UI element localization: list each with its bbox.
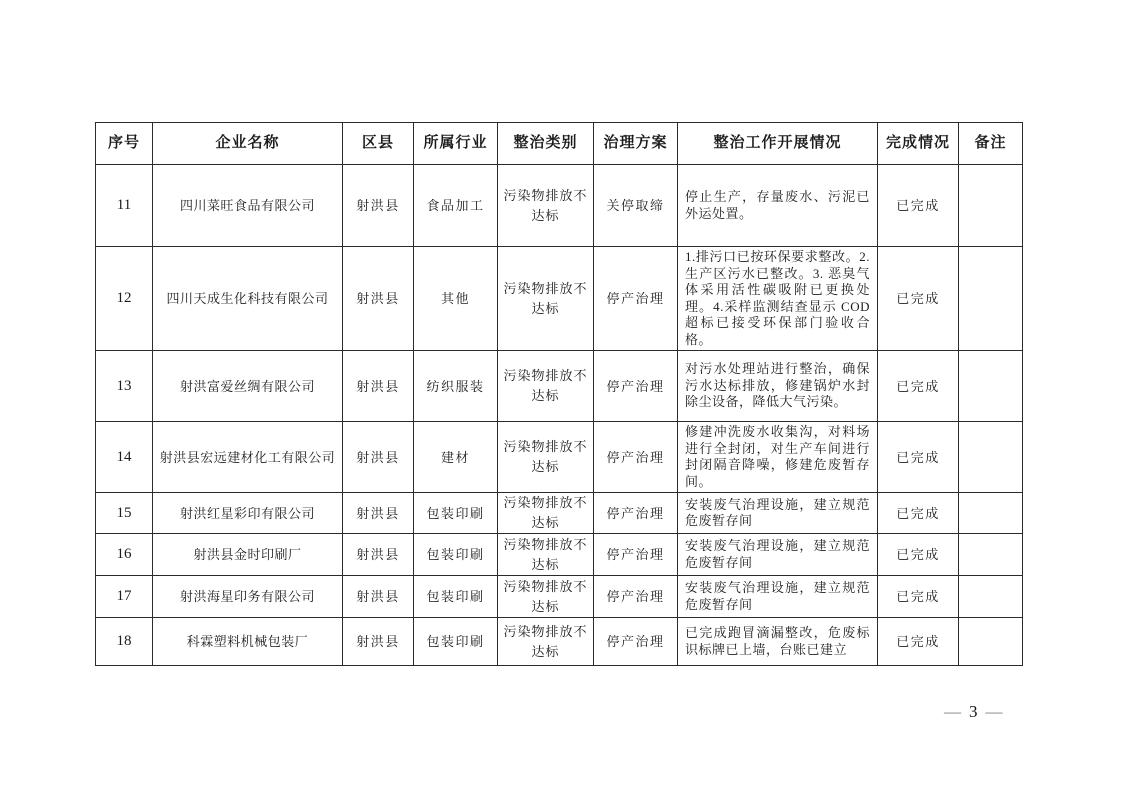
cell-status: 已完成 [878, 351, 959, 422]
header-district: 区县 [343, 123, 414, 165]
table-row: 16 射洪县金时印刷厂 射洪县 包装印刷 污染物排放不达标 停产治理 安装废气治… [96, 534, 1023, 576]
cell-industry: 包装印刷 [414, 576, 498, 618]
cell-status: 已完成 [878, 534, 959, 576]
cell-category: 污染物排放不达标 [498, 493, 594, 534]
page-number-right-dash: — [978, 702, 1011, 721]
table-row: 13 射洪富爱丝绸有限公司 射洪县 纺织服装 污染物排放不达标 停产治理 对污水… [96, 351, 1023, 422]
cell-serial: 12 [96, 247, 153, 351]
cell-district: 射洪县 [343, 247, 414, 351]
cell-remark [959, 247, 1023, 351]
cell-plan: 停产治理 [594, 351, 678, 422]
cell-progress: 已完成跑冒滴漏整改，危废标识标牌已上墙，台账已建立 [678, 618, 878, 666]
cell-industry: 包装印刷 [414, 618, 498, 666]
header-industry: 所属行业 [414, 123, 498, 165]
cell-plan: 停产治理 [594, 493, 678, 534]
cell-company: 射洪海星印务有限公司 [153, 576, 343, 618]
cell-remark [959, 534, 1023, 576]
header-serial: 序号 [96, 123, 153, 165]
cell-plan: 停产治理 [594, 618, 678, 666]
cell-district: 射洪县 [343, 618, 414, 666]
cell-plan: 停产治理 [594, 247, 678, 351]
cell-remark [959, 165, 1023, 247]
cell-progress: 安装废气治理设施，建立规范危废暂存间 [678, 493, 878, 534]
cell-remark [959, 422, 1023, 493]
cell-category: 污染物排放不达标 [498, 165, 594, 247]
table-row: 15 射洪红星彩印有限公司 射洪县 包装印刷 污染物排放不达标 停产治理 安装废… [96, 493, 1023, 534]
cell-status: 已完成 [878, 247, 959, 351]
table-row: 17 射洪海星印务有限公司 射洪县 包装印刷 污染物排放不达标 停产治理 安装废… [96, 576, 1023, 618]
cell-district: 射洪县 [343, 493, 414, 534]
page-number-left-dash: — [936, 702, 969, 721]
table-row: 12 四川天成生化科技有限公司 射洪县 其他 污染物排放不达标 停产治理 1.排… [96, 247, 1023, 351]
cell-serial: 16 [96, 534, 153, 576]
cell-category: 污染物排放不达标 [498, 351, 594, 422]
cell-district: 射洪县 [343, 422, 414, 493]
cell-plan: 停产治理 [594, 422, 678, 493]
cell-status: 已完成 [878, 165, 959, 247]
cell-serial: 18 [96, 618, 153, 666]
cell-remark [959, 618, 1023, 666]
cell-company: 四川天成生化科技有限公司 [153, 247, 343, 351]
cell-plan: 停产治理 [594, 576, 678, 618]
cell-status: 已完成 [878, 493, 959, 534]
cell-progress: 停止生产，存量废水、污泥已外运处置。 [678, 165, 878, 247]
cell-company: 科霖塑料机械包装厂 [153, 618, 343, 666]
table-row: 11 四川菜旺食品有限公司 射洪县 食品加工 污染物排放不达标 关停取缔 停止生… [96, 165, 1023, 247]
remediation-table: 序号 企业名称 区县 所属行业 整治类别 治理方案 整治工作开展情况 完成情况 … [95, 122, 1023, 666]
header-plan: 治理方案 [594, 123, 678, 165]
cell-industry: 包装印刷 [414, 493, 498, 534]
cell-district: 射洪县 [343, 351, 414, 422]
cell-plan: 关停取缔 [594, 165, 678, 247]
cell-category: 污染物排放不达标 [498, 534, 594, 576]
cell-company: 射洪县宏远建材化工有限公司 [153, 422, 343, 493]
cell-category: 污染物排放不达标 [498, 422, 594, 493]
cell-progress: 安装废气治理设施，建立规范危废暂存间 [678, 576, 878, 618]
header-row: 序号 企业名称 区县 所属行业 整治类别 治理方案 整治工作开展情况 完成情况 … [96, 123, 1023, 165]
cell-district: 射洪县 [343, 534, 414, 576]
header-progress: 整治工作开展情况 [678, 123, 878, 165]
header-remark: 备注 [959, 123, 1023, 165]
cell-industry: 纺织服装 [414, 351, 498, 422]
page-number: —3— [936, 702, 1011, 722]
cell-progress: 1.排污口已按环保要求整改。2.生产区污水已整改。3. 恶臭气体采用活性碳吸附已… [678, 247, 878, 351]
header-status: 完成情况 [878, 123, 959, 165]
table-row: 18 科霖塑料机械包装厂 射洪县 包装印刷 污染物排放不达标 停产治理 已完成跑… [96, 618, 1023, 666]
cell-serial: 11 [96, 165, 153, 247]
cell-status: 已完成 [878, 618, 959, 666]
cell-serial: 17 [96, 576, 153, 618]
cell-industry: 食品加工 [414, 165, 498, 247]
cell-progress: 安装废气治理设施，建立规范危废暂存间 [678, 534, 878, 576]
cell-company: 射洪红星彩印有限公司 [153, 493, 343, 534]
cell-status: 已完成 [878, 576, 959, 618]
cell-progress: 对污水处理站进行整治，确保污水达标排放，修建锅炉水封除尘设备，降低大气污染。 [678, 351, 878, 422]
cell-industry: 包装印刷 [414, 534, 498, 576]
document-page: { "footer": { "left_dash": "—", "page_nu… [0, 0, 1122, 793]
cell-remark [959, 493, 1023, 534]
cell-category: 污染物排放不达标 [498, 247, 594, 351]
page-number-value: 3 [969, 702, 978, 721]
cell-industry: 其他 [414, 247, 498, 351]
cell-category: 污染物排放不达标 [498, 576, 594, 618]
cell-serial: 13 [96, 351, 153, 422]
header-category: 整治类别 [498, 123, 594, 165]
cell-district: 射洪县 [343, 165, 414, 247]
header-company: 企业名称 [153, 123, 343, 165]
cell-company: 四川菜旺食品有限公司 [153, 165, 343, 247]
cell-district: 射洪县 [343, 576, 414, 618]
cell-remark [959, 351, 1023, 422]
cell-serial: 14 [96, 422, 153, 493]
cell-remark [959, 576, 1023, 618]
cell-progress: 修建冲洗废水收集沟，对料场进行全封闭，对生产车间进行封闭隔音降噪，修建危废暂存间… [678, 422, 878, 493]
cell-company: 射洪县金时印刷厂 [153, 534, 343, 576]
cell-status: 已完成 [878, 422, 959, 493]
table-row: 14 射洪县宏远建材化工有限公司 射洪县 建材 污染物排放不达标 停产治理 修建… [96, 422, 1023, 493]
cell-company: 射洪富爱丝绸有限公司 [153, 351, 343, 422]
cell-serial: 15 [96, 493, 153, 534]
cell-category: 污染物排放不达标 [498, 618, 594, 666]
cell-industry: 建材 [414, 422, 498, 493]
cell-plan: 停产治理 [594, 534, 678, 576]
